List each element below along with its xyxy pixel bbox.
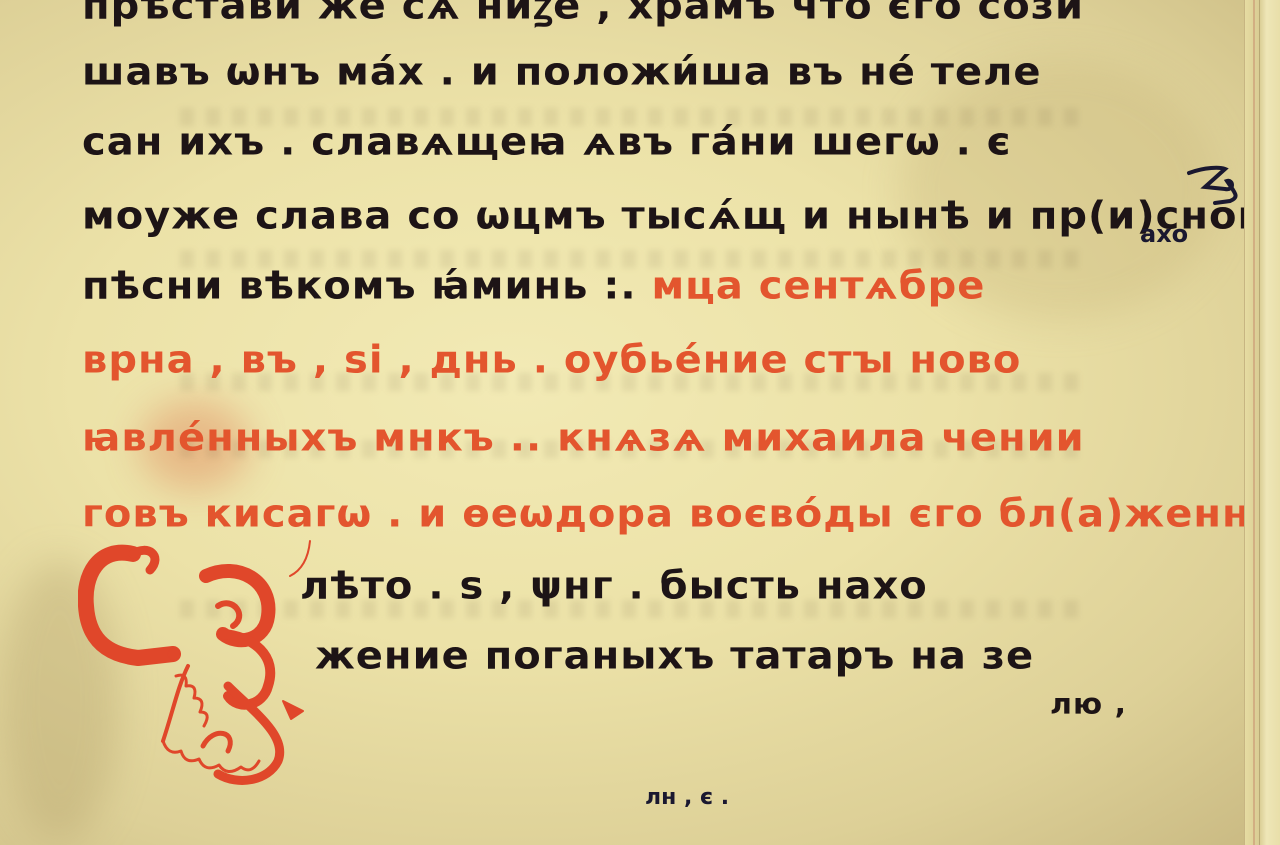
text-line-11: лю , xyxy=(1050,691,1127,720)
line-text: жение поганыхъ татаръ на зе xyxy=(315,634,1034,678)
margin-note-text: лн , є . xyxy=(645,785,729,810)
text-line-6: врна , въ , ѕі , днь . оубье́ние стꙑ нов… xyxy=(82,341,1021,379)
rubric-text: врна , въ , ѕі , днь . оубье́ние стꙑ нов… xyxy=(82,338,1021,382)
margin-note-bottom: лн , є . xyxy=(645,785,729,810)
line-text: прѣстави́ же сѧ ниꙁе , храмъ что́ єго со… xyxy=(82,0,1084,28)
text-line-1: прѣстави́ же сѧ ниꙁе , храмъ что́ єго со… xyxy=(82,0,1084,25)
line-text: лѣто . ѕ , ψнг . бысть нахо xyxy=(300,564,928,608)
text-line-7: ꙗвле́нныхъ мнкъ .. кнѧзѧ михаила чении xyxy=(82,419,1085,457)
manuscript-page: прѣстави́ же сѧ ниꙁе , храмъ что́ єго со… xyxy=(0,0,1280,845)
text-line-2: шавъ ѡнъ ма́х . и положи́ша въ не́ теле xyxy=(82,53,1042,91)
rubric-text: говъ кисагѡ . и ѳеѡдора воєво́ды єго бл(… xyxy=(82,492,1280,536)
margin-flourish-icon xyxy=(1185,165,1245,215)
page-fold xyxy=(1244,0,1280,845)
text-line-9: лѣто . ѕ , ψнг . бысть нахо xyxy=(300,567,928,605)
text-line-5: пѣсни вѣкомъ ꙗ́минь :. мца сентѧбре xyxy=(82,267,985,305)
text-line-4: моуже слава со ѡцмъ тысѧ́щ и нынѣ и пр(и… xyxy=(82,197,1280,235)
rubric-text: мца сентѧбре xyxy=(651,264,985,308)
rubric-text: ꙗвле́нныхъ мнкъ .. кнѧзѧ михаила чении xyxy=(82,416,1085,460)
text-line-10: жение поганыхъ татаръ на зе xyxy=(315,637,1034,675)
ornamental-initial-icon xyxy=(78,536,318,806)
line-text: лю , xyxy=(1050,688,1127,721)
margin-note-right: ахо xyxy=(1140,220,1188,248)
text-line-3: сан ихъ . славѧщеꙗ ѧвъ га́ни шегѡ . є xyxy=(82,123,1012,161)
line-text: пѣсни вѣкомъ ꙗ́минь :. xyxy=(82,264,651,308)
line-text: сан ихъ . славѧщеꙗ ѧвъ га́ни шегѡ . є xyxy=(82,120,1012,164)
margin-note-text: ахо xyxy=(1140,220,1188,248)
line-text: шавъ ѡнъ ма́х . и положи́ша въ не́ теле xyxy=(82,50,1042,94)
line-text: моуже слава со ѡцмъ тысѧ́щ и нынѣ и пр(и… xyxy=(82,194,1280,238)
text-line-8: говъ кисагѡ . и ѳеѡдора воєво́ды єго бл(… xyxy=(82,495,1280,533)
